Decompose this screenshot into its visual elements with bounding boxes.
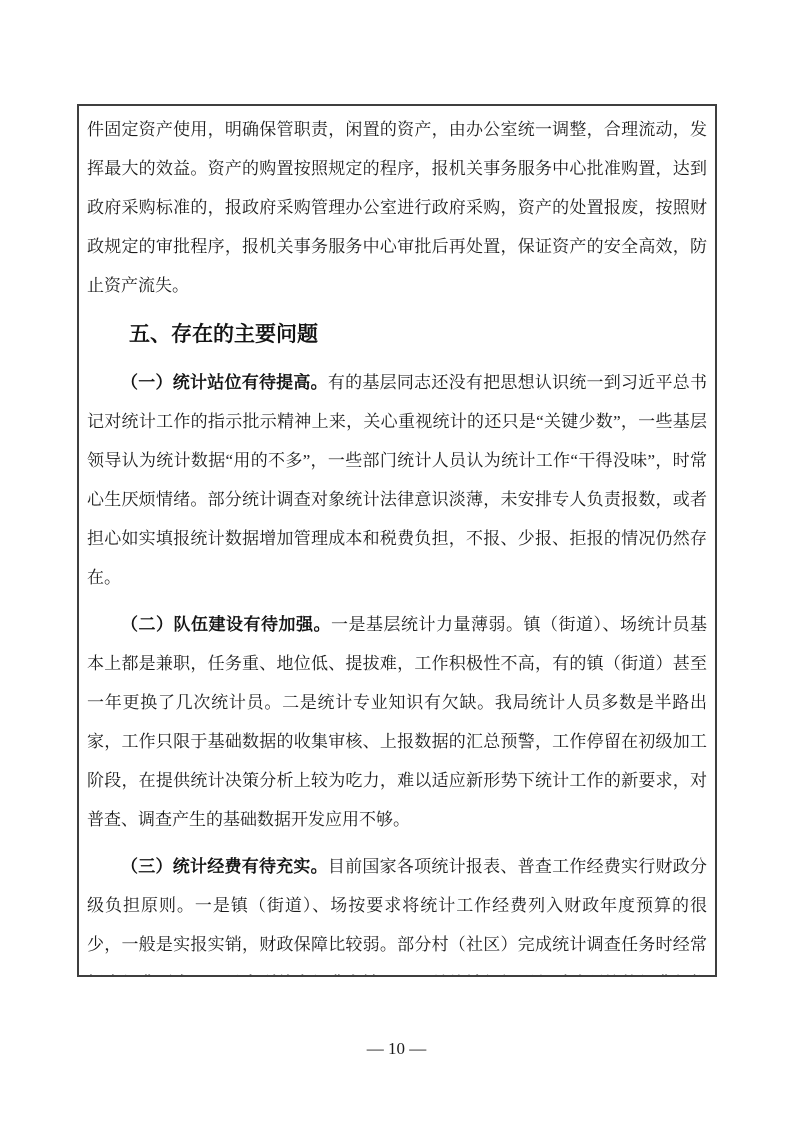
section-heading-main-problems: 五、存在的主要问题 bbox=[87, 315, 707, 355]
item-1-lead: （一）统计站位有待提高。 bbox=[121, 373, 328, 392]
paragraph-item-3: （三）统计经费有待充实。目前国家各项统计报表、普查工作经费实行财政分级负担原则。… bbox=[87, 847, 707, 977]
paragraph-item-2: （二）队伍建设有待加强。一是基层统计力量薄弱。镇（街道）、场统计员基本上都是兼职… bbox=[87, 605, 707, 839]
item-3-lead: （三）统计经费有待充实。 bbox=[121, 857, 328, 876]
paragraph-item-1: （一）统计站位有待提高。有的基层同志还没有把思想认识统一到习近平总书记对统计工作… bbox=[87, 363, 707, 597]
paragraph-asset-management-continuation: 件固定资产使用，明确保管职责，闲置的资产，由办公室统一调整，合理流动，发挥最大的… bbox=[87, 110, 707, 305]
document-page: 件固定资产使用，明确保管职责，闲置的资产，由办公室统一调整，合理流动，发挥最大的… bbox=[0, 0, 793, 1122]
content-cell-border: 件固定资产使用，明确保管职责，闲置的资产，由办公室统一调整，合理流动，发挥最大的… bbox=[77, 104, 717, 977]
item-2-lead: （二）队伍建设有待加强。 bbox=[121, 615, 331, 634]
item-1-body: 有的基层同志还没有把思想认识统一到习近平总书记对统计工作的指示批示精神上来，关心… bbox=[87, 373, 707, 587]
item-2-body: 一是基层统计力量薄弱。镇（街道）、场统计员基本上都是兼职，任务重、地位低、提拔难… bbox=[87, 615, 707, 829]
page-number: — 10 — bbox=[0, 1038, 793, 1060]
